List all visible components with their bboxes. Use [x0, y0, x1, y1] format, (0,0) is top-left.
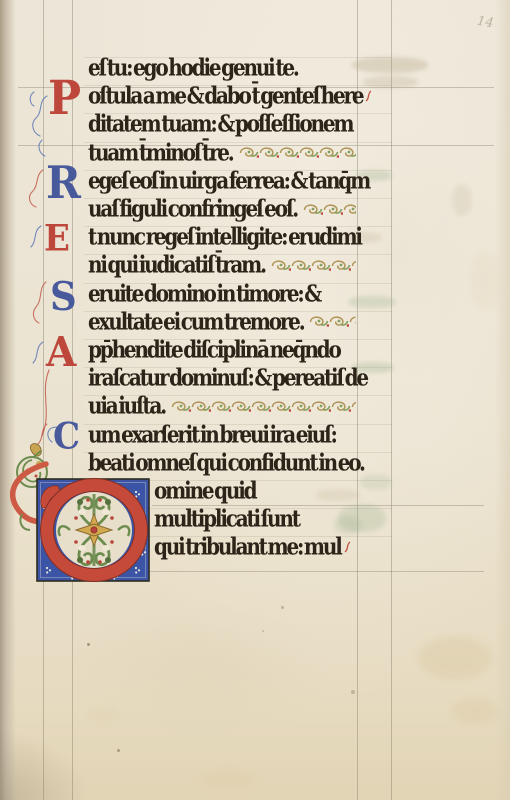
- line-filler: [239, 146, 356, 159]
- text-line: tuam t̄minoſ t̄re.: [88, 139, 356, 167]
- line-text: ni qui iudicatiſ t̄ram.: [88, 250, 265, 278]
- line-text: eſ tu: ego hodie genui te.: [88, 53, 298, 81]
- text-line: qui tribulant me: mul: [154, 533, 352, 561]
- versal-initial-a: A: [46, 332, 76, 373]
- ruling-vertical: [391, 0, 392, 800]
- line-continuation-tick: [365, 90, 373, 102]
- text-line: uia iuſta.: [88, 392, 356, 420]
- page-corner-shadow: [0, 730, 90, 800]
- line-text: omine quid: [154, 476, 255, 504]
- text-line: Cum exarſerit in breui ira eiuſ:: [88, 421, 336, 449]
- parchment-stain: [88, 708, 118, 722]
- line-text: iraſcatur dominuſ: & pereatiſ de: [88, 363, 367, 391]
- text-line: App̄hendite diſciplinā neq̄ndo: [88, 336, 340, 364]
- line-text: um exarſerit in breui ira eiuſ:: [88, 419, 336, 447]
- line-text: qui tribulant me: mul: [154, 532, 341, 560]
- ink-speck: [87, 643, 90, 646]
- line-text: pp̄hendite diſciplinā neq̄ndo: [88, 335, 340, 363]
- ink-speck: [351, 690, 355, 694]
- line-text: egeſ eoſ in uirga ferrea: & tanq̄m: [88, 166, 369, 194]
- ruling-vertical: [43, 0, 44, 800]
- folio-number: 14: [476, 14, 495, 31]
- ink-bleed-ghost: [352, 57, 428, 73]
- pigment-bleed-ghost: [360, 474, 392, 490]
- line-text: uia iuſta.: [88, 391, 165, 419]
- line-text: t nunc regeſ intelligite: erudimi: [88, 222, 361, 250]
- line-text: tuam t̄minoſ t̄re.: [88, 137, 233, 165]
- line-text: exultate ei cum tremore.: [88, 307, 303, 335]
- ink-speck: [117, 749, 120, 752]
- line-continuation-tick: [344, 541, 352, 553]
- parchment-stain: [196, 770, 260, 788]
- text-line: iraſcatur dominuſ: & pereatiſ de: [88, 364, 367, 392]
- binding-gutter: [0, 0, 16, 800]
- text-line: ni qui iudicatiſ t̄ram.: [88, 251, 356, 279]
- ink-bleed-ghost: [316, 489, 360, 501]
- parchment-stain: [452, 698, 498, 724]
- line-text: uaſ figuli confringeſ eoſ.: [88, 194, 297, 222]
- ruling-vertical: [357, 0, 358, 800]
- line-filler: [309, 315, 356, 328]
- versal-initial-p: P: [48, 76, 81, 123]
- text-line: Et nunc regeſ intelligite: erudimi: [88, 223, 361, 251]
- line-text: eruite domino in timore: &: [88, 278, 320, 306]
- ink-speck: [262, 630, 264, 632]
- text-line: ditatem tuam: & poſſeſſionem: [88, 110, 352, 138]
- ink-speck: [281, 606, 284, 609]
- parchment-mottling: [60, 600, 340, 740]
- parchment-stain: [470, 250, 500, 310]
- illuminated-initial-d: D: [36, 478, 150, 582]
- text-line: omine quid: [154, 477, 255, 505]
- pigment-bleed-ghost: [348, 296, 396, 308]
- ink-bleed-ghost: [452, 184, 472, 216]
- line-filler: [171, 400, 356, 413]
- manuscript-page: 14 eſ tu: ego hodie genui te.Poſtula a m…: [0, 0, 510, 800]
- text-line: exultate ei cum tremore.: [88, 308, 356, 336]
- line-text: multiplicati ſunt: [154, 504, 299, 532]
- text-line: Regeſ eoſ in uirga ferrea: & tanq̄m: [88, 167, 369, 195]
- illuminated-initial-art: [36, 478, 150, 582]
- text-line: Seruite domino in timore: &: [88, 280, 320, 308]
- versal-initial-e: E: [44, 221, 70, 257]
- text-line: uaſ figuli confringeſ eoſ.: [88, 195, 356, 223]
- versal-initial-c: C: [53, 419, 80, 455]
- text-line: Poſtula a me & dabo t̄ genteſ here: [88, 82, 373, 110]
- text-line: eſ tu: ego hodie genui te.: [88, 54, 298, 82]
- text-line: multiplicati ſunt: [154, 505, 299, 533]
- text-line: beati omneſ qui confidunt in eo.: [88, 449, 364, 477]
- line-text: oſtula a me & dabo t̄ genteſ here: [88, 81, 362, 109]
- parchment-stain: [418, 636, 492, 680]
- versal-initial-r: R: [46, 161, 81, 206]
- line-filler: [303, 203, 356, 216]
- line-text: ditatem tuam: & poſſeſſionem: [88, 109, 352, 137]
- versal-initial-s: S: [50, 277, 77, 316]
- line-filler: [271, 259, 356, 272]
- line-text: beati omneſ qui confidunt in eo.: [88, 448, 364, 476]
